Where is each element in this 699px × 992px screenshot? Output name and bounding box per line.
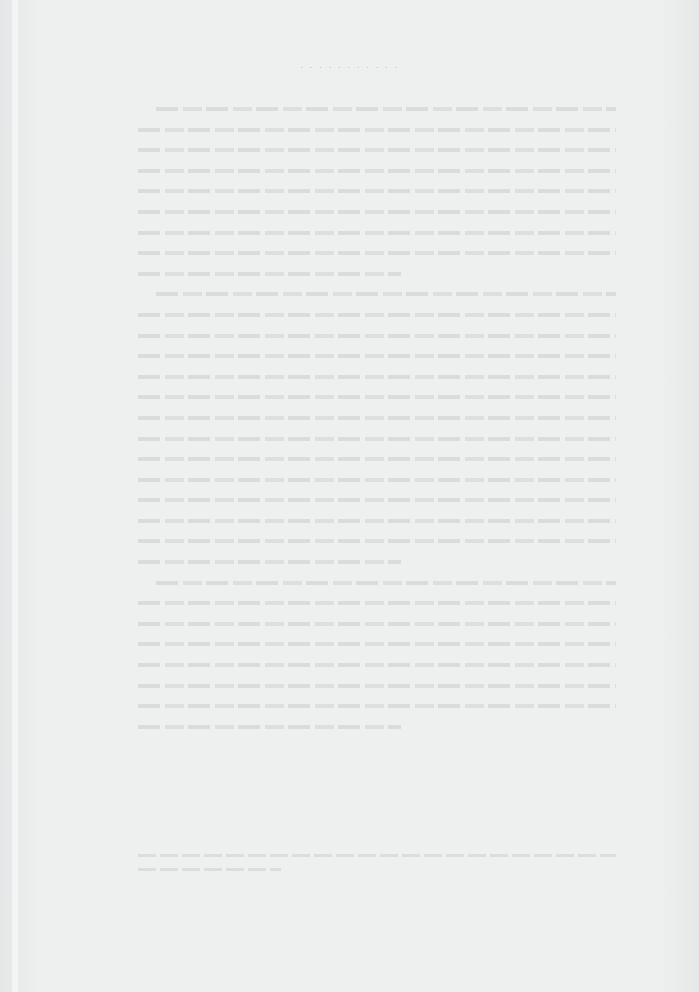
page-gutter <box>12 0 18 992</box>
paragraph-3: [illegible paragraph — approx. 8 lines] <box>138 572 616 737</box>
paragraph-2: [illegible paragraph — approx. 14 lines] <box>138 283 616 571</box>
footnote: [illegible footnote — approx. 2 lines] <box>138 848 616 876</box>
body-text: [illegible paragraph — approx. 9 lines] … <box>138 98 616 736</box>
margin-number-right-text: [illegible] <box>626 740 627 741</box>
paragraph-1: [illegible paragraph — approx. 9 lines] <box>138 98 616 283</box>
running-head: [illegible running head] · · · · · · · ·… <box>0 62 699 74</box>
margin-number-left-text: [illegible] <box>54 740 55 741</box>
scanned-page: [illegible running head] · · · · · · · ·… <box>0 0 699 992</box>
